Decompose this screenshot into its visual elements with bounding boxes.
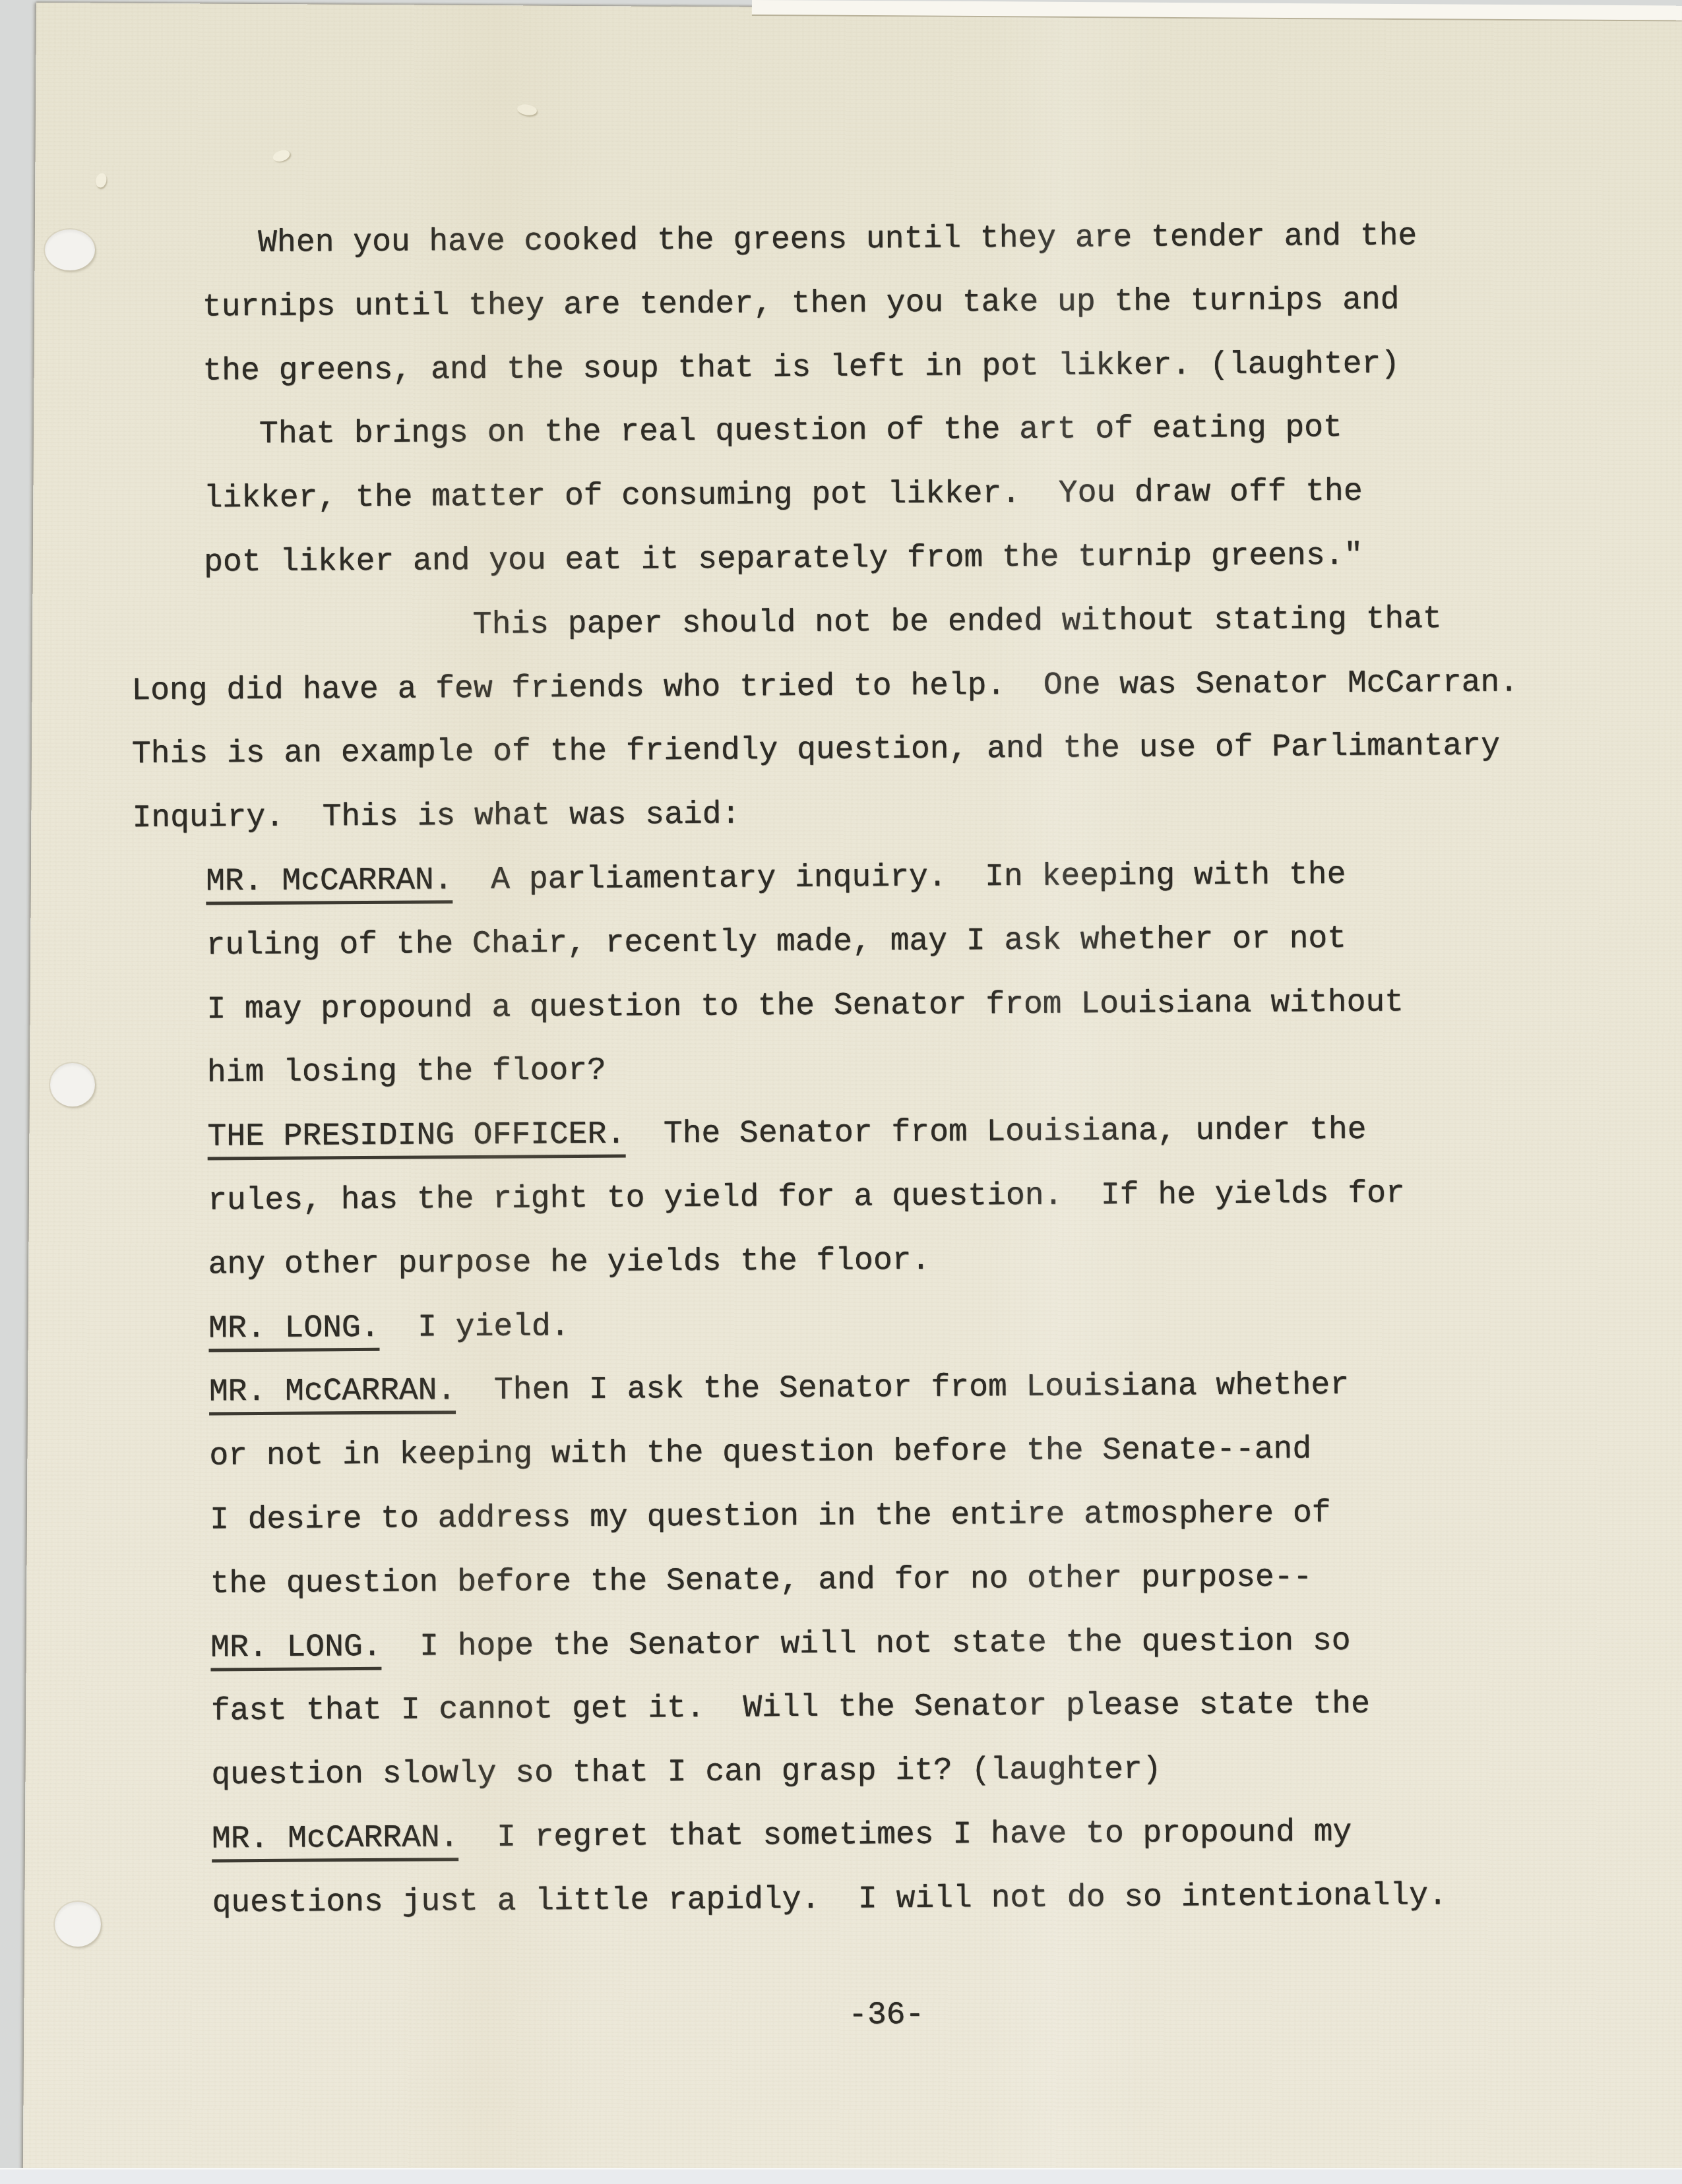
speaker-name: MR. McCARRAN. [206,863,453,905]
text-line: MR. LONG. I yield. [208,1288,1682,1361]
text-line: pot likker and you eat it separately fro… [204,522,1682,595]
text-line: ruling of the Chair, recently made, may … [206,905,1682,978]
punch-hole [55,1902,101,1947]
speech-text: The Senator from Louisiana, under the [625,1112,1367,1153]
text-block: When you have cooked the greens until th… [38,203,1682,1937]
text-line: him losing the floor? [207,1033,1682,1106]
speaker-name: THE PRESIDING OFFICER. [207,1117,625,1161]
speech-text: I hope the Senator will not state the qu… [381,1623,1350,1664]
speech-text: A parliamentary inquiry. In keeping with… [452,857,1346,898]
punch-hole [50,1063,95,1107]
speaker-name: MR. LONG. [208,1310,380,1352]
text-line: I desire to address my question in the e… [210,1480,1682,1553]
scanner-edge-bottom [0,2168,1682,2184]
text-line: Long did have a few friends who tried to… [131,650,1682,723]
punch-hole [45,229,95,270]
speaker-name: MR. McCARRAN. [209,1373,456,1415]
text-line: or not in keeping with the question befo… [209,1416,1682,1489]
page-number: -36- [807,1995,965,2035]
text-line: When you have cooked the greens until th… [258,203,1682,276]
text-line: MR. McCARRAN. I regret that sometimes I … [212,1798,1682,1871]
text-line: MR. LONG. I hope the Senator will not st… [210,1607,1682,1680]
scanned-document: { "doc": { "page_number": "-36-", "color… [0,0,1682,2184]
text-line: turnips until they are tender, then you … [202,266,1682,340]
document-page: When you have cooked the greens until th… [23,3,1682,2181]
text-line: MR. McCARRAN. A parliamentary inquiry. I… [206,841,1682,915]
speech-text: Then I ask the Senator from Louisiana wh… [456,1368,1349,1409]
text-line: the greens, and the soup that is left in… [202,330,1682,404]
text-line: question slowly so that I can grasp it? … [211,1735,1682,1808]
text-line: any other purpose he yields the floor. [208,1224,1682,1297]
text-line: fast that I cannot get it. Will the Sena… [211,1671,1682,1744]
typewritten-text: When you have cooked the greens until th… [36,0,1682,2171]
text-line: the question before the Senate, and for … [210,1543,1682,1616]
text-line: rules, has the right to yield for a ques… [208,1161,1682,1234]
text-line: This paper should not be ended without s… [472,586,1682,657]
text-line: MR. McCARRAN. Then I ask the Senator fro… [209,1352,1682,1425]
text-line: likker, the matter of consuming pot likk… [203,458,1682,531]
speaker-name: MR. McCARRAN. [212,1820,459,1862]
text-line: THE PRESIDING OFFICER. The Senator from … [207,1097,1682,1170]
text-line: This is an example of the friendly quest… [132,713,1682,787]
speaker-name: MR. LONG. [210,1629,382,1671]
text-line: Inquiry. This is what was said: [132,777,1682,851]
speech-text: I yield. [379,1309,569,1346]
text-line: questions just a little rapidly. I will … [212,1862,1682,1935]
text-line: I may propound a question to the Senator… [206,969,1682,1042]
speech-text: I regret that sometimes I have to propou… [458,1815,1352,1856]
text-line: That brings on the real question of the … [259,394,1682,467]
